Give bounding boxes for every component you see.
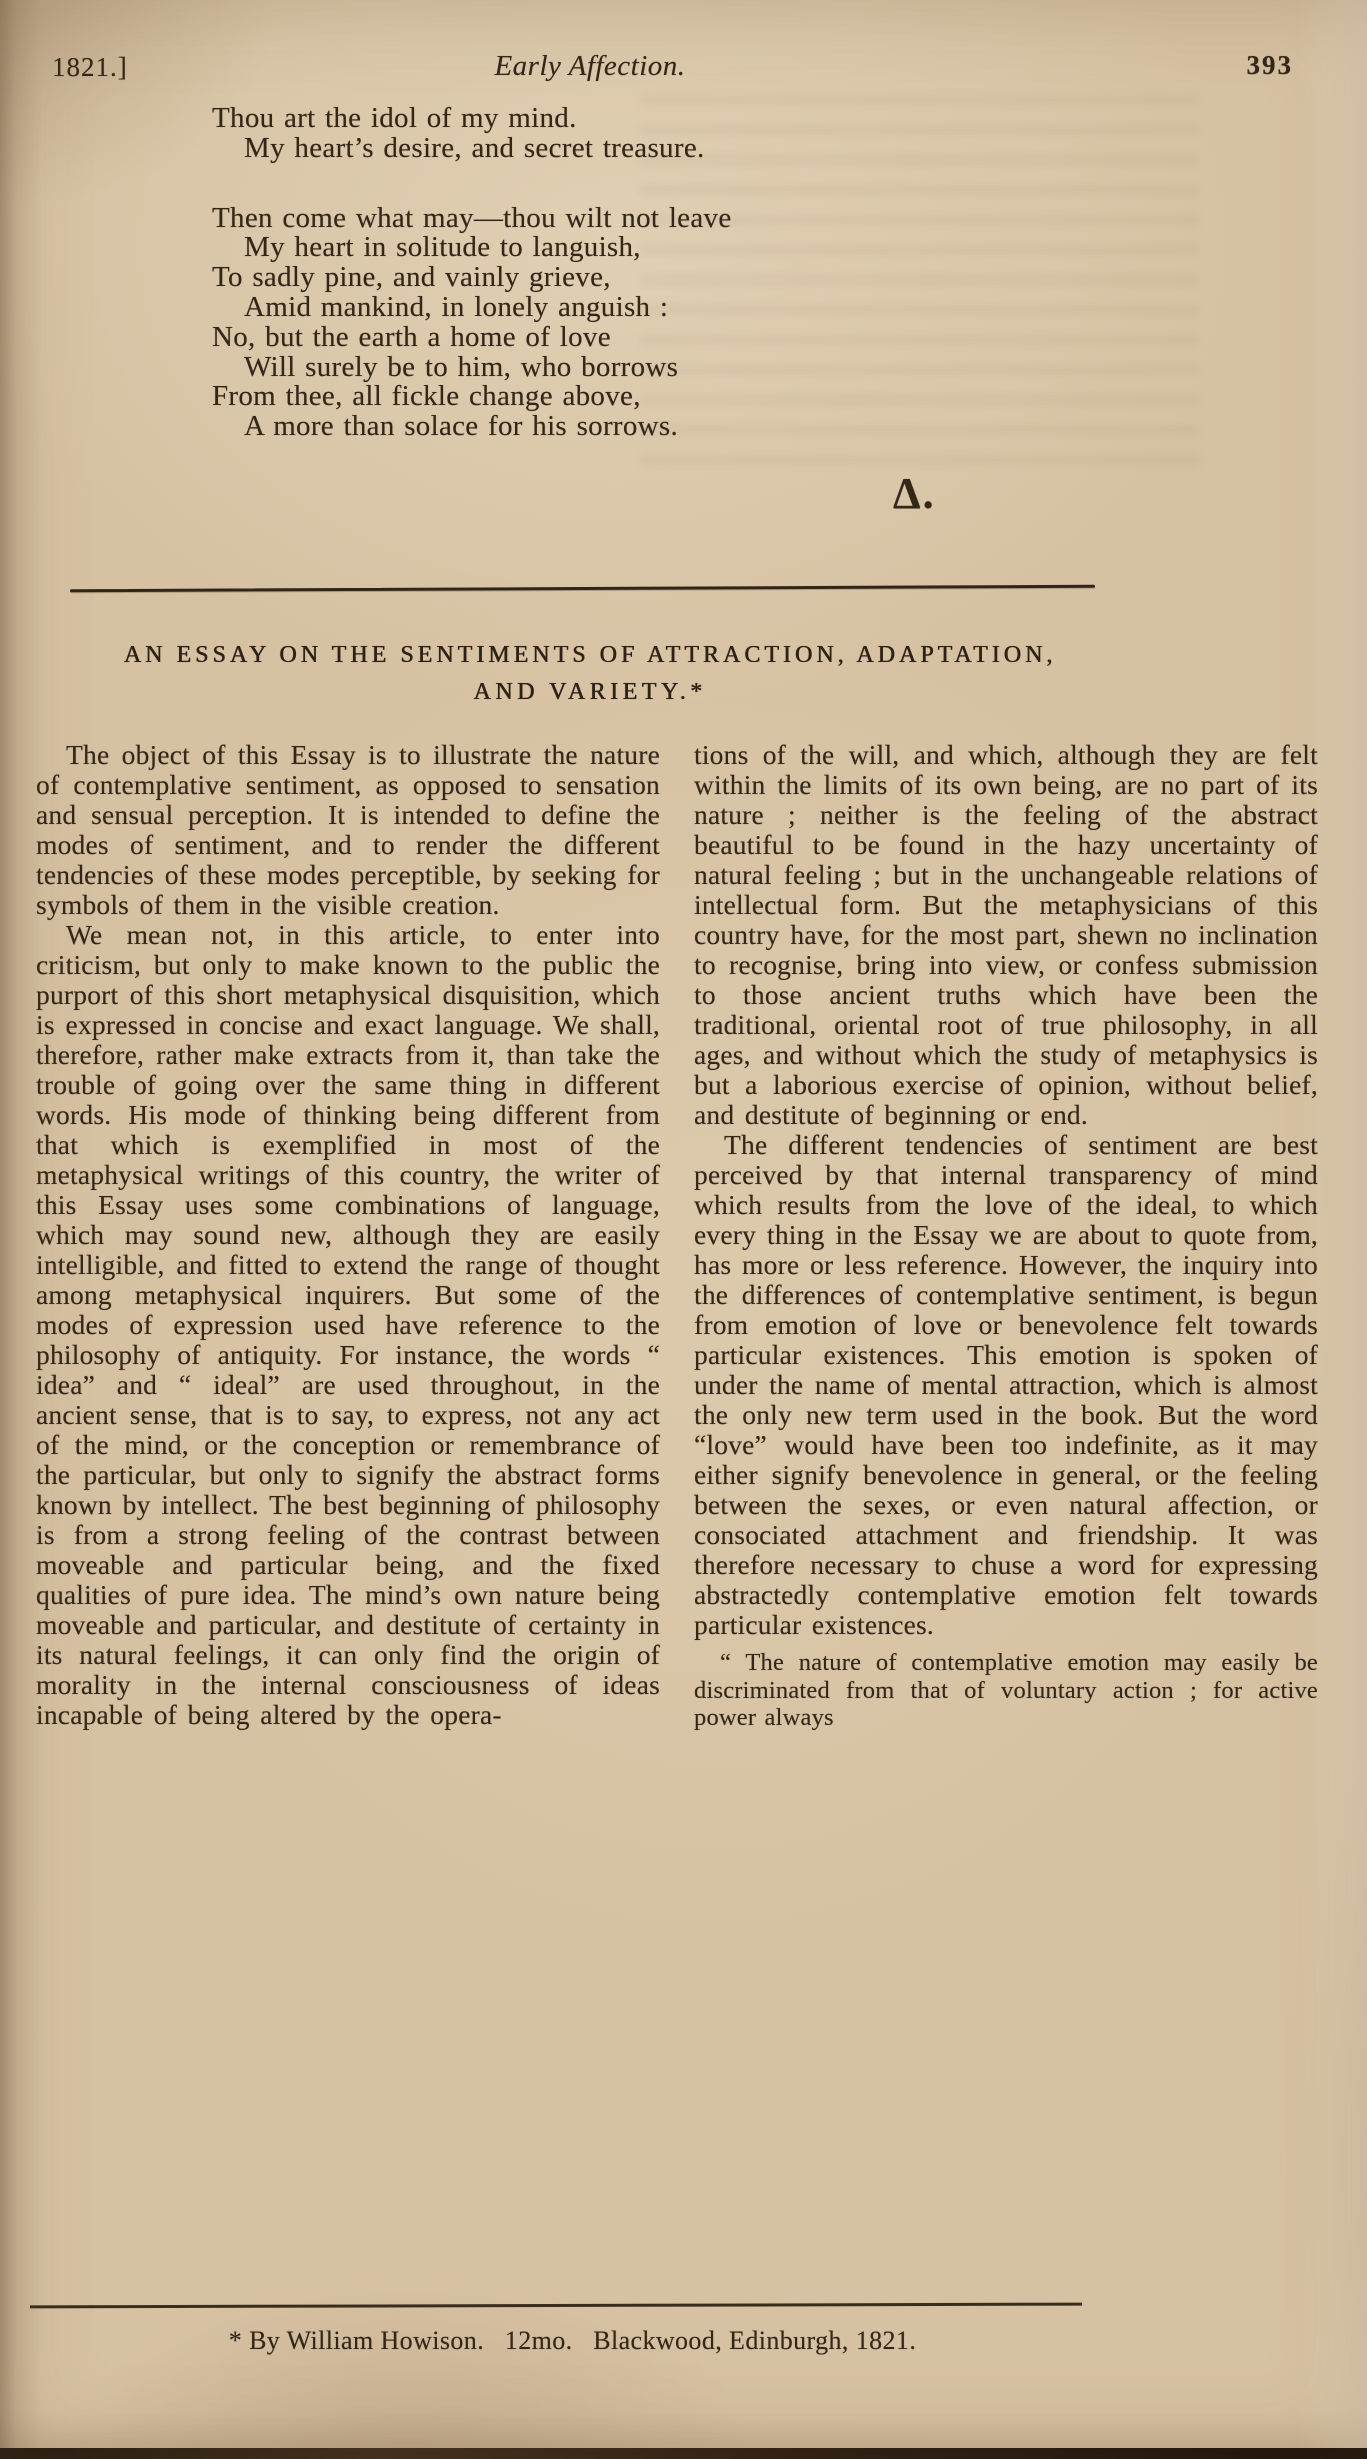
poem-stanza-2: Then come what may—thou wilt not leaveMy…	[212, 204, 732, 442]
poem-line: No, but the earth a home of love	[212, 323, 732, 353]
essay-title: AN ESSAY ON THE SENTIMENTS OF ATTRACTION…	[40, 642, 1140, 706]
footnote: * By William Howison. 12mo. Blackwood, E…	[30, 2326, 1115, 2356]
poem-line: My heart’s desire, and secret treasure.	[212, 134, 732, 164]
scanned-book-page: 1821.] Early Affection. 393 Thou art the…	[0, 0, 1367, 2459]
essay-paragraph: tions of the will, and which, although t…	[694, 740, 1318, 1130]
essay-right-column: tions of the will, and which, although t…	[694, 740, 1318, 1732]
essay-paragraph: We mean not, in this article, to enter i…	[36, 920, 660, 1730]
page-bottom-edge	[0, 2448, 1367, 2459]
essay-body-columns: The object of this Essay is to illustrat…	[36, 740, 1324, 1732]
poem-line: Amid mankind, in lonely anguish :	[212, 293, 732, 323]
poem-line: Will surely be to him, who borrows	[212, 353, 732, 383]
poem-line: From thee, all fickle change above,	[212, 382, 732, 412]
essay-extract-quote: “ The nature of contemplative emotion ma…	[694, 1649, 1318, 1732]
poem-stanza-1: Thou art the idol of my mind.My heart’s …	[212, 104, 732, 164]
essay-title-line-2: AND VARIETY.*	[40, 679, 1140, 706]
poem-line: A more than solace for his sorrows.	[212, 412, 732, 442]
stanza-gap	[212, 164, 732, 204]
poem: Thou art the idol of my mind.My heart’s …	[212, 104, 732, 442]
essay-paragraph: The object of this Essay is to illustrat…	[36, 740, 660, 920]
poem-line: My heart in solitude to languish,	[212, 233, 732, 263]
page-header: 1821.] Early Affection. 393	[0, 50, 1367, 92]
poem-line: Thou art the idol of my mind.	[212, 104, 732, 134]
section-divider-rule	[70, 585, 1095, 592]
essay-right-paragraphs: tions of the will, and which, although t…	[694, 740, 1318, 1640]
essay-left-column: The object of this Essay is to illustrat…	[36, 740, 660, 1732]
poem-line: Then come what may—thou wilt not leave	[212, 204, 732, 234]
page-number: 393	[1247, 50, 1294, 81]
footnote-rule	[30, 2303, 1082, 2308]
essay-paragraph: The different tendencies of sentiment ar…	[694, 1130, 1318, 1640]
essay-title-line-1: AN ESSAY ON THE SENTIMENTS OF ATTRACTION…	[40, 642, 1140, 669]
author-signature-delta: Δ.	[893, 468, 936, 519]
poem-line: To sadly pine, and vainly grieve,	[212, 263, 732, 293]
running-title: Early Affection.	[40, 50, 1140, 83]
